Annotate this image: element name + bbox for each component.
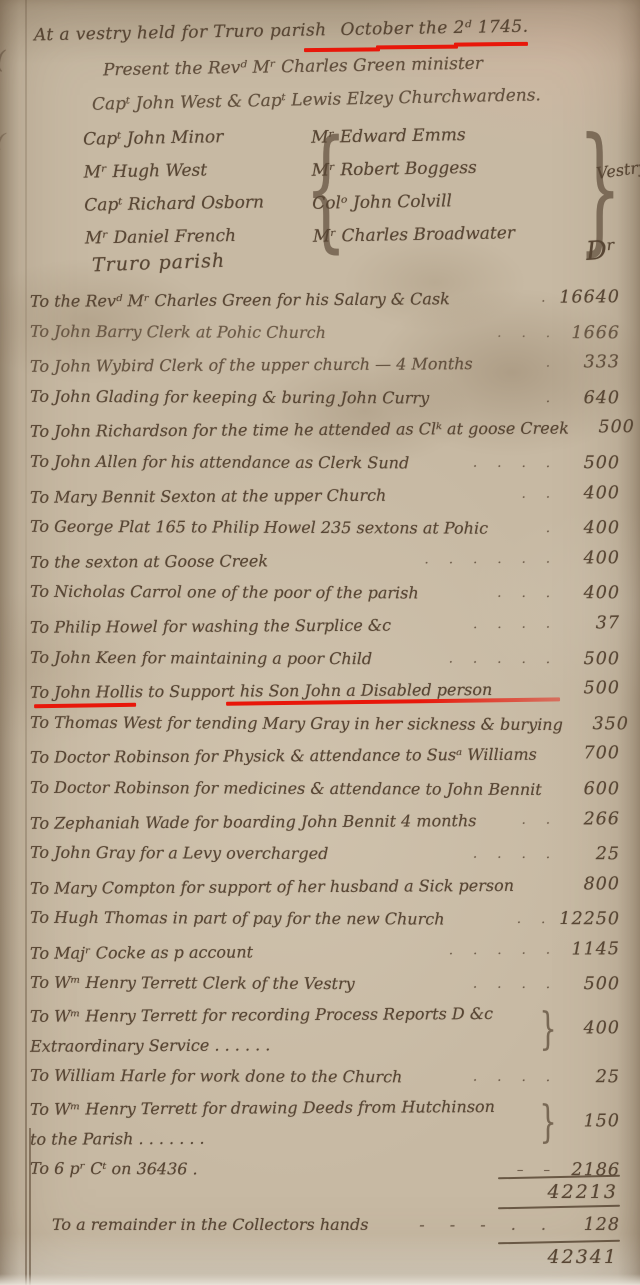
ledger-row-red-underlined: To John Hollis to Support his Son John a… bbox=[30, 672, 620, 708]
churchwardens-line: Capᵗ John West & Capᵗ Lewis Elzey Church… bbox=[92, 85, 541, 114]
amount: 700 bbox=[564, 744, 620, 764]
account-title: Truro parish bbox=[92, 250, 226, 277]
amount: 500 bbox=[564, 453, 620, 473]
page-margin-line bbox=[29, 1128, 31, 1285]
amount: 500 bbox=[564, 679, 620, 699]
ledger-row: To Philip Howel for washing the Surplice… bbox=[30, 607, 620, 643]
margin-ink-mark: ( bbox=[0, 46, 5, 74]
amount: 400 bbox=[564, 483, 620, 503]
vestryman-name: Mʳ Daniel French bbox=[85, 219, 265, 255]
ledger-row: To Wᵐ Henry Terrett Clerk of the Vestry.… bbox=[30, 966, 620, 1001]
ledger-row: To John Richardson for the time he atten… bbox=[30, 412, 620, 448]
ledger-row: To John Barry Clerk at Pohic Church. . .… bbox=[30, 314, 620, 349]
amount: 400 bbox=[564, 1018, 620, 1038]
red-underline-date bbox=[304, 43, 528, 53]
amount: 400 bbox=[564, 518, 620, 538]
vestrymen-column-left: Capᵗ John Minor Mʳ Hugh West Capᵗ Richar… bbox=[83, 120, 265, 255]
amount: 640 bbox=[564, 388, 620, 408]
page-crease bbox=[25, 0, 27, 1285]
vestryman-name: Mʳ Edward Emms bbox=[311, 118, 514, 155]
ledger-rows: To the Revᵈ Mʳ Charles Green for his Sal… bbox=[30, 283, 620, 1185]
amount: 600 bbox=[564, 779, 620, 799]
brace-icon: } bbox=[538, 1003, 558, 1054]
remainder-text: To a remainder in the Collectors hands bbox=[52, 1215, 368, 1234]
amount: 1666 bbox=[564, 323, 620, 343]
ledger-row: To John Glading for keeping & buring Joh… bbox=[30, 379, 620, 414]
grand-total: 42341 bbox=[30, 1243, 620, 1271]
ledger-row: To Doctor Robinson for Physick & attenda… bbox=[30, 738, 620, 774]
ledger-row: To Doctor Robinson for medicines & atten… bbox=[30, 771, 620, 806]
ledger-row: To Thomas West for tending Mary Gray in … bbox=[30, 705, 620, 740]
vestryman-name: Mʳ Robert Boggess bbox=[311, 151, 514, 188]
amount: 400 bbox=[564, 584, 620, 604]
amount: 150 bbox=[564, 1111, 620, 1131]
vestry-heading: At a vestry held for Truro parishOctober… bbox=[34, 17, 529, 46]
ledger-row: To John Wybird Clerk of the upper church… bbox=[30, 346, 620, 382]
amount: 25 bbox=[564, 844, 620, 864]
ledger-row-two-line: To Wᵐ Henry Terrett for recording Proces… bbox=[30, 998, 620, 1062]
ledger-row: To the sexton at Goose Creek. . . . . .4… bbox=[30, 542, 620, 578]
ledger-row: To George Plat 165 to Philip Howel 235 s… bbox=[30, 510, 620, 545]
amount: 1145 bbox=[564, 939, 620, 959]
vestryman-name: Capᵗ John Minor bbox=[83, 120, 263, 156]
vestryman-name: Mʳ Hugh West bbox=[83, 153, 263, 189]
heading-date: October the 2ᵈ 1745. bbox=[340, 17, 528, 40]
margin-ink-mark: ( bbox=[0, 128, 7, 153]
totals-block: 42213 To a remainder in the Collectors h… bbox=[30, 1176, 620, 1271]
ledger-row: To Nicholas Carrol one of the poor of th… bbox=[30, 575, 620, 610]
amount: 500 bbox=[564, 975, 620, 995]
vestryman-name: Capᵗ Richard Osborn bbox=[84, 186, 264, 222]
vestrymen-column-right: Mʳ Edward Emms Mʳ Robert Boggess Colᵒ Jo… bbox=[311, 118, 515, 254]
vestryman-name: Mʳ Charles Broadwater bbox=[313, 217, 516, 254]
ledger-row-two-line: To Wᵐ Henry Terrett for drawing Deeds fr… bbox=[30, 1091, 620, 1155]
ledger-row: To Zephaniah Wade for boarding John Benn… bbox=[30, 803, 620, 839]
manuscript-page: ( ( At a vestry held for Truro parishOct… bbox=[0, 0, 640, 1285]
amount: 800 bbox=[564, 874, 620, 894]
debit-mark: Dʳ bbox=[585, 235, 617, 267]
ledger-row: To John Gray for a Levy overcharged. . .… bbox=[30, 836, 620, 871]
ledger-row: To John Keen for maintaining a poor Chil… bbox=[30, 640, 620, 675]
amount: 266 bbox=[564, 809, 620, 829]
amount: 16640 bbox=[559, 287, 620, 307]
amount: 333 bbox=[564, 353, 620, 373]
ledger-row: To John Allen for his attendance as Cler… bbox=[30, 445, 620, 480]
amount: 350 bbox=[573, 714, 629, 734]
amount: 37 bbox=[564, 613, 620, 633]
ledger-row: To Majʳ Cocke as p account. . . . .1145 bbox=[30, 933, 620, 969]
amount: 12250 bbox=[559, 910, 620, 930]
ledger-row: To Hugh Thomas in part of pay for the ne… bbox=[30, 901, 620, 936]
amount: 25 bbox=[564, 1067, 620, 1087]
brace-icon: } bbox=[538, 1096, 558, 1147]
amount: 500 bbox=[564, 649, 620, 669]
amount: 128 bbox=[564, 1215, 620, 1235]
ledger-row: To the Revᵈ Mʳ Charles Green for his Sal… bbox=[30, 281, 620, 317]
ledger-row: To Mary Compton for support of her husba… bbox=[30, 868, 620, 904]
vestryman-name: Colᵒ John Colvill bbox=[312, 184, 515, 221]
ledger-row: To William Harle for work done to the Ch… bbox=[30, 1059, 620, 1094]
subtotal: 42213 bbox=[30, 1178, 620, 1206]
present-line: Present the Revᵈ Mʳ Charles Green minist… bbox=[103, 54, 483, 81]
amount: 500 bbox=[579, 418, 635, 438]
scan-edge bbox=[0, 1274, 640, 1285]
amount: 400 bbox=[564, 548, 620, 568]
heading-text: At a vestry held for Truro parish bbox=[34, 20, 327, 45]
remainder-row: To a remainder in the Collectors hands -… bbox=[30, 1209, 620, 1241]
ledger-row: To Mary Bennit Sexton at the upper Churc… bbox=[30, 477, 620, 513]
